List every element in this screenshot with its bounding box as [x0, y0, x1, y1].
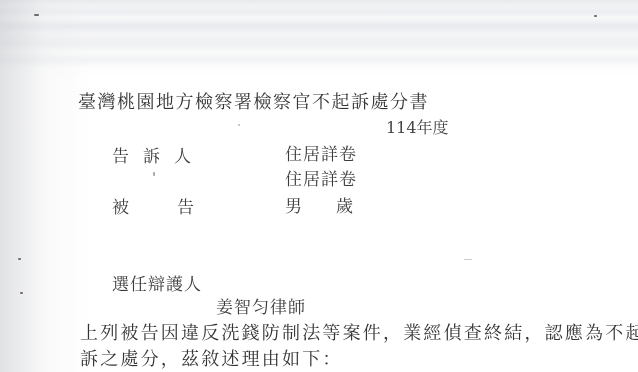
scan-speck — [34, 14, 39, 16]
counsel-name: 姜智匀律師 — [216, 298, 306, 318]
document-title: 臺灣桃園地方檢察署檢察官不起訴處分書 — [78, 93, 429, 113]
case-year: 114年度 — [386, 118, 449, 138]
defendant-label-part1: 被 — [112, 198, 129, 218]
scan-speck — [464, 259, 472, 260]
scan-speck — [594, 15, 597, 17]
scan-speck — [18, 258, 21, 260]
complainant-label: 告訴人 — [112, 147, 205, 167]
scan-speck — [238, 124, 240, 126]
complainant-address-2: 住居詳卷 — [285, 170, 357, 190]
scanned-document-page: 臺灣桃園地方檢察署檢察官不起訴處分書 114年度 告訴人 住居詳卷 住居詳卷 被… — [0, 0, 638, 372]
defendant-label-part2: 告 — [177, 198, 194, 218]
scan-speck — [153, 172, 155, 176]
complainant-address-1: 住居詳卷 — [285, 145, 357, 165]
scan-speck — [20, 292, 23, 294]
defendant-age-label: 歲 — [336, 197, 353, 217]
counsel-label: 選任辯護人 — [112, 275, 202, 295]
defendant-sex: 男 — [285, 197, 302, 217]
body-paragraph-line-1: 上列被告因違反洗錢防制法等案件，業經偵查終結，認應為不起 — [80, 324, 638, 344]
body-paragraph-line-2: 訴之處分，茲敘述理由如下： — [80, 350, 343, 370]
